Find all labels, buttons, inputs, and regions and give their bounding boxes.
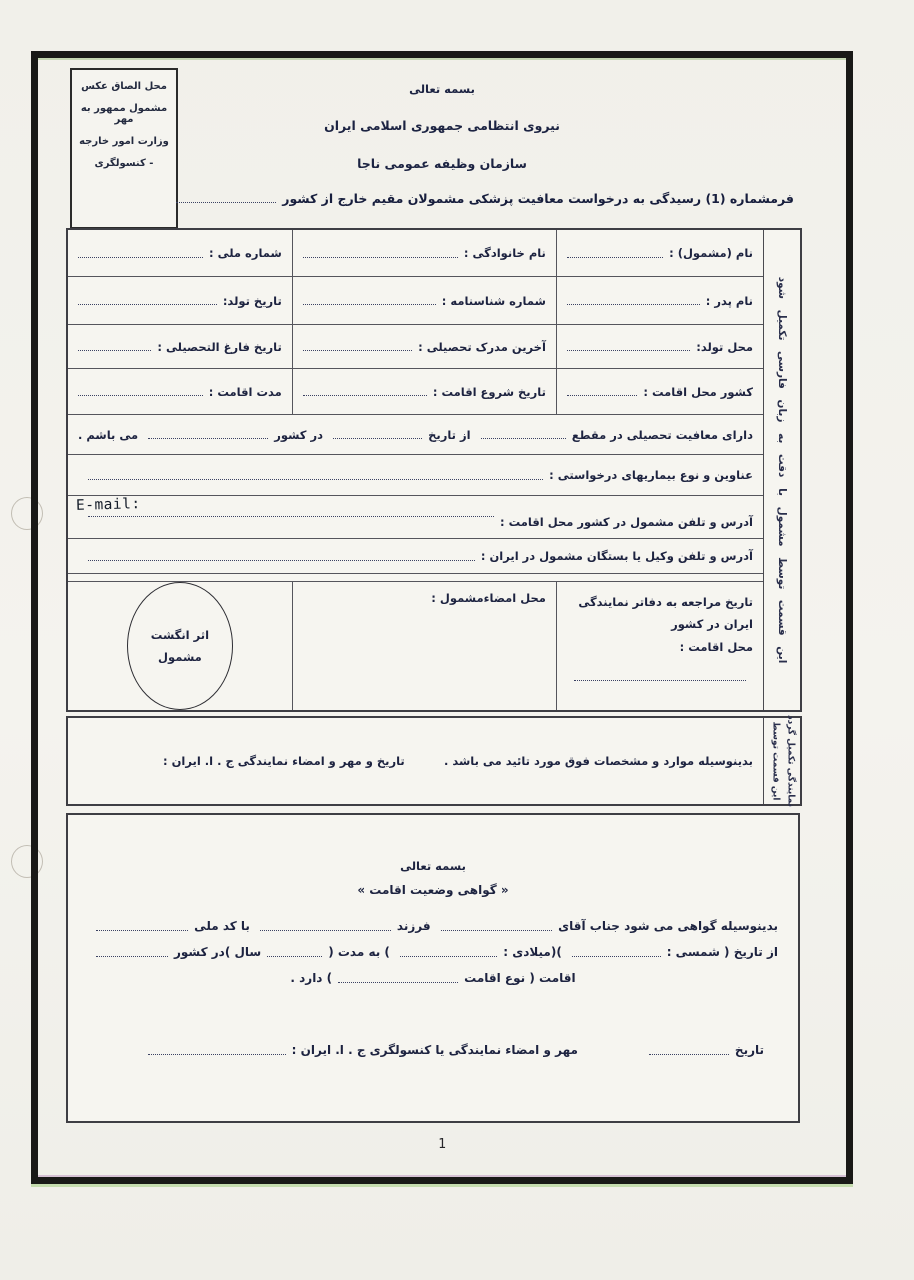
birth-date-label: تاریخ تولد: <box>223 294 282 308</box>
dotted-line <box>400 956 497 957</box>
table-row: عناوین و نوع بیماریهای درخواستی : <box>68 455 763 496</box>
mission-side-note: نمایندگی تکمیل گردد این قسمت توسط <box>767 715 798 807</box>
abroad-address-label: آدرس و تلفن مشمول در کشور محل اقامت : <box>500 515 753 529</box>
mission-visit-date-field: تاریخ مراجعه به دفاتر نمایندگی ایران در … <box>556 582 763 710</box>
family-name-label: نام خانوادگی : <box>464 246 546 260</box>
visit-date-label-line1: تاریخ مراجعه به دفاتر نمایندگی ایران در … <box>567 591 753 636</box>
family-name-field: نام خانوادگی : <box>292 230 556 276</box>
dotted-line <box>441 930 553 931</box>
graduation-date-label: تاریخ فارغ التحصیلی : <box>157 340 281 354</box>
birth-certificate-no-field: شماره شناسنامه : <box>292 277 556 323</box>
dotted-line <box>78 350 151 351</box>
father-name-label: نام پدر : <box>706 294 753 308</box>
dotted-line <box>567 257 663 258</box>
residence-start-label: تاریخ شروع اقامت : <box>433 385 546 399</box>
dotted-line <box>567 395 638 396</box>
header-org-line2: سازمان وظیفه عمومی ناجا <box>38 156 846 171</box>
iran-address-label: آدرس و تلفن وکیل یا بستگان مشمول در ایرا… <box>481 549 753 563</box>
dotted-line <box>78 395 203 396</box>
header-basmala: بسمه تعالی <box>38 82 846 96</box>
certificate-line2-part4: سال )در کشور <box>174 945 261 959</box>
dotted-line <box>88 560 475 561</box>
certificate-line3: اقامت ( نوع اقامت ) دارد . <box>68 971 798 985</box>
dotted-line <box>148 1054 286 1055</box>
fingerprint-ellipse: اثر انگشت مشمول <box>127 582 233 710</box>
mission-side-note-line2: نمایندگی تکمیل گردد <box>782 715 797 807</box>
table-row: نام پدر : شماره شناسنامه : تاریخ تولد: <box>68 277 763 324</box>
national-id-field: شماره ملی : <box>68 230 292 276</box>
certificate-line3-part1: اقامت ( نوع اقامت <box>464 971 575 985</box>
dotted-line <box>567 304 700 305</box>
applicant-rows: نام (مشمول) : نام خانوادگی : شماره ملی : <box>68 230 763 710</box>
dotted-line <box>78 257 203 258</box>
fingerprint-cell: اثر انگشت مشمول <box>68 582 292 710</box>
certificate-line2-part3: ) به مدت ( <box>328 945 390 959</box>
study-exemption-part4: می باشم . <box>78 428 138 442</box>
certificate-line2: از تاریخ ( شمسی : )(میلادی : ) به مدت ( … <box>86 945 778 959</box>
certificate-line2-part2: )(میلادی : <box>503 945 562 959</box>
dotted-line <box>148 438 268 439</box>
graduation-date-field: تاریخ فارغ التحصیلی : <box>68 325 292 369</box>
study-exemption-field: دارای معافیت تحصیلی در مقطع از تاریخ در … <box>68 415 763 455</box>
dotted-line <box>338 982 458 983</box>
study-exemption-part1: دارای معافیت تحصیلی در مقطع <box>572 428 753 442</box>
residence-certificate-section: بسمه تعالی « گواهی وضعیت اقامت » بدینوسی… <box>66 813 800 1123</box>
mission-side-note-column: نمایندگی تکمیل گردد این قسمت توسط <box>763 718 800 804</box>
illness-field: عناوین و نوع بیماریهای درخواستی : <box>68 455 763 495</box>
form-title-row: فرمشماره (1) رسیدگی به درخواست معافیت پز… <box>166 191 794 206</box>
study-exemption-part3: در کشور <box>274 428 323 442</box>
form-title: فرمشماره (1) رسیدگی به درخواست معافیت پز… <box>282 191 794 206</box>
iran-address-field: آدرس و تلفن وکیل یا بستگان مشمول در ایرا… <box>68 539 763 573</box>
dotted-line <box>88 479 543 480</box>
certificate-basmala: بسمه تعالی <box>68 859 798 873</box>
mission-side-note-line1: این قسمت توسط <box>767 715 782 807</box>
certificate-stamp-label: مهر و امضاء نمایندگی یا کنسولگری ج . ا. … <box>292 1043 578 1057</box>
study-exemption-part2: از تاریخ <box>428 428 470 442</box>
certificate-date-label: تاریخ <box>735 1043 764 1057</box>
dotted-line <box>649 1054 729 1055</box>
header-org-line1: نیروی انتظامی جمهوری اسلامی ایران <box>38 118 846 133</box>
table-row: E-mail: آدرس و تلفن مشمول در کشور محل اق… <box>68 496 763 540</box>
table-row: کشور محل اقامت : تاریخ شروع اقامت : مدت … <box>68 369 763 414</box>
mission-content: بدینوسیله موارد و مشخصات فوق مورد تائید … <box>68 718 763 804</box>
signature-label: محل امضاءمشمول : <box>431 591 546 605</box>
dotted-line <box>88 516 494 517</box>
certificate-title: « گواهی وضعیت اقامت » <box>68 883 798 897</box>
mission-section: نمایندگی تکمیل گردد این قسمت توسط بدینوس… <box>66 716 802 806</box>
dotted-line <box>574 680 746 681</box>
national-id-label: شماره ملی : <box>209 246 282 260</box>
father-name-field: نام پدر : <box>556 277 763 323</box>
residence-country-label: کشور محل اقامت : <box>643 385 753 399</box>
certificate-line1-part1: بدینوسیله گواهی می شود جناب آقای <box>558 919 778 933</box>
handwritten-email-annotation: E-mail: <box>76 496 141 514</box>
certificate-line1-part2: فرزند <box>397 919 431 933</box>
certificate-line1: بدینوسیله گواهی می شود جناب آقای فرزند ب… <box>86 919 778 933</box>
dotted-line <box>303 395 427 396</box>
residence-country-field: کشور محل اقامت : <box>556 369 763 413</box>
mission-stamp-label: تاریخ و مهر و امضاء نمایندگی ج . ا. ایرا… <box>163 754 405 768</box>
birth-certificate-no-label: شماره شناسنامه : <box>442 294 546 308</box>
visit-date-label-line2: محل اقامت : <box>567 636 753 658</box>
residence-duration-field: مدت اقامت : <box>68 369 292 413</box>
dotted-line <box>567 350 690 351</box>
last-degree-label: آخرین مدرک تحصیلی : <box>418 340 546 354</box>
dotted-line <box>303 304 436 305</box>
dotted-line <box>96 930 188 931</box>
residence-duration-label: مدت اقامت : <box>209 385 282 399</box>
applicant-side-note: این قسمت توسط مشمول با دقت به زبان فارسی… <box>776 277 788 664</box>
birth-place-label: محل تولد: <box>696 340 753 354</box>
name-field: نام (مشمول) : <box>556 230 763 276</box>
mission-confirm-text: بدینوسیله موارد و مشخصات فوق مورد تائید … <box>444 754 753 768</box>
dotted-line <box>267 956 322 957</box>
dotted-line <box>572 956 661 957</box>
table-row: نام (مشمول) : نام خانوادگی : شماره ملی : <box>68 230 763 277</box>
dotted-line <box>481 438 566 439</box>
abroad-address-field: E-mail: آدرس و تلفن مشمول در کشور محل اق… <box>68 496 763 539</box>
page-number: 1 <box>38 1137 846 1152</box>
table-row: آدرس و تلفن وکیل یا بستگان مشمول در ایرا… <box>68 539 763 574</box>
last-degree-field: آخرین مدرک تحصیلی : <box>292 325 556 369</box>
table-row-signature: تاریخ مراجعه به دفاتر نمایندگی ایران در … <box>68 581 763 710</box>
applicant-table: این قسمت توسط مشمول با دقت به زبان فارسی… <box>66 228 802 712</box>
table-row: دارای معافیت تحصیلی در مقطع از تاریخ در … <box>68 415 763 456</box>
illness-label: عناوین و نوع بیماریهای درخواستی : <box>549 468 753 482</box>
dotted-line <box>78 304 217 305</box>
fingerprint-label-line2: مشمول <box>158 650 202 664</box>
dotted-line <box>333 438 422 439</box>
name-label: نام (مشمول) : <box>669 246 753 260</box>
form-title-dotted-line <box>176 202 276 203</box>
birth-place-field: محل تولد: <box>556 325 763 369</box>
fingerprint-label-line1: اثر انگشت <box>151 628 209 642</box>
photo-box-line: وزارت امور خارجه <box>72 136 176 147</box>
residence-start-field: تاریخ شروع اقامت : <box>292 369 556 413</box>
form-outer-frame: محل الصاق عکس مشمول ممهور به مهر وزارت ا… <box>31 51 853 1184</box>
table-gap <box>68 574 763 581</box>
certificate-line3-part2: ) دارد . <box>290 971 332 985</box>
dotted-line <box>260 930 391 931</box>
applicant-side-note-column: این قسمت توسط مشمول با دقت به زبان فارسی… <box>763 230 800 710</box>
certificate-line1-part3: با کد ملی <box>194 919 250 933</box>
certificate-signature-row: تاریخ مهر و امضاء نمایندگی یا کنسولگری ج… <box>138 1043 764 1057</box>
birth-date-field: تاریخ تولد: <box>68 277 292 323</box>
dotted-line <box>303 257 458 258</box>
applicant-signature-field: محل امضاءمشمول : <box>292 582 556 710</box>
dotted-line <box>96 956 168 957</box>
certificate-line2-part1: از تاریخ ( شمسی : <box>667 945 778 959</box>
scanned-form-page: محل الصاق عکس مشمول ممهور به مهر وزارت ا… <box>0 0 914 1280</box>
table-row: محل تولد: آخرین مدرک تحصیلی : تاریخ فارغ… <box>68 325 763 370</box>
dotted-line <box>303 350 412 351</box>
